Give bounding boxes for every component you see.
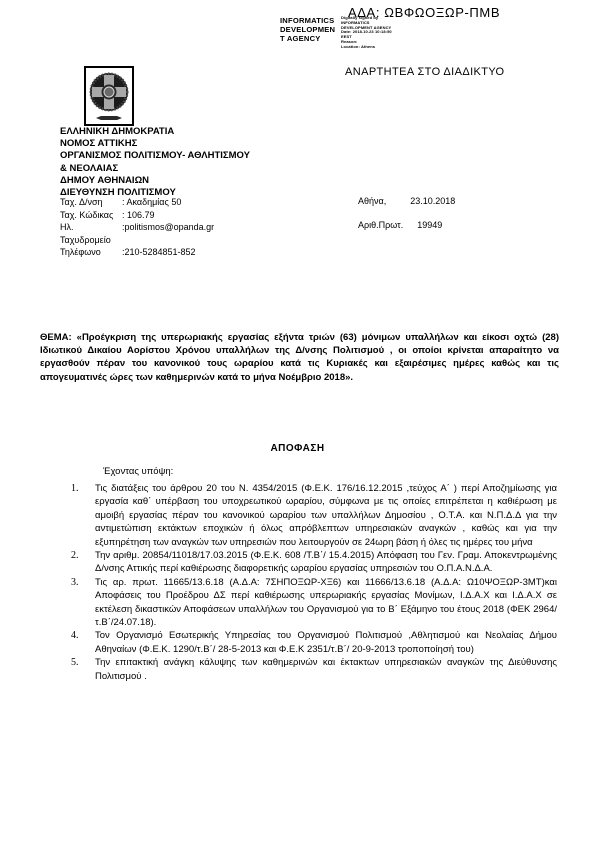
item-text: Την αριθμ. 20854/11018/17.03.2015 (Φ.Ε.Κ…	[95, 549, 557, 576]
item-number: 2.	[71, 549, 95, 562]
contact-info: Ταχ. Δ/νση : Ακαδημίας 50 Ταχ. Κώδικας :…	[60, 196, 214, 259]
decision-title: ΑΠΟΦΑΣΗ	[0, 443, 595, 454]
issuing-authority: ΕΛΛΗΝΙΚΗ ΔΗΜΟΚΡΑΤΙΑ ΝΟΜΟΣ ΑΤΤΙΚΗΣ ΟΡΓΑΝΙ…	[60, 126, 250, 199]
digital-signature-stamp: INFORMATICS DEVELOPMEN T AGENCY Digitall…	[280, 16, 392, 50]
protocol-number-row: Αριθ.Πρωτ. 19949	[358, 220, 442, 230]
org-line: ΟΡΓΑΝΙΣΜΟΣ ΠΟΛΙΤΙΣΜΟΥ- ΑΘΛΗΤΙΣΜΟΥ	[60, 150, 250, 162]
list-item: 2. Την αριθμ. 20854/11018/17.03.2015 (Φ.…	[71, 549, 557, 576]
item-text: Τις διατάξεις του άρθρου 20 του Ν. 4354/…	[95, 482, 557, 549]
contact-row-postcode: Ταχ. Κώδικας : 106.79	[60, 209, 214, 222]
document-page: ΑΔΑ: ΩΒΦΩΟΞΩΡ-ΠΜΒ INFORMATICS DEVELOPMEN…	[0, 0, 595, 842]
list-item: 3. Τις αρ. πρωτ. 11665/13.6.18 (Α.Δ.Α: 7…	[71, 576, 557, 630]
preamble: Έχοντας υπόψη:	[103, 466, 173, 477]
item-number: 3.	[71, 576, 95, 589]
document-date: 23.10.2018	[410, 196, 455, 206]
org-line: ΔΗΜΟΥ ΑΘΗΝΑΙΩΝ	[60, 175, 250, 187]
city-and-date: Αθήνα, 23.10.2018	[358, 196, 455, 206]
protocol-label: Αριθ.Πρωτ.	[358, 220, 403, 230]
subject-paragraph: ΘΕΜΑ: «Προέγκριση της υπερωριακής εργασί…	[40, 331, 559, 384]
item-number: 4.	[71, 629, 95, 642]
list-item: 5. Την επιτακτική ανάγκη κάλυψης των καθ…	[71, 656, 557, 683]
org-line: ΕΛΛΗΝΙΚΗ ΔΗΜΟΚΡΑΤΙΑ	[60, 126, 250, 138]
contact-row-phone: Τηλέφωνο :210-5284851-852	[60, 246, 214, 259]
considerations-list: 1. Τις διατάξεις του άρθρου 20 του Ν. 43…	[71, 482, 557, 683]
municipality-seal-icon	[84, 66, 134, 126]
protocol-number: 19949	[417, 220, 442, 230]
org-line: & ΝΕΟΛΑΙΑΣ	[60, 163, 250, 175]
contact-row-address: Ταχ. Δ/νση : Ακαδημίας 50	[60, 196, 214, 209]
item-text: Την επιτακτική ανάγκη κάλυψης των καθημε…	[95, 656, 557, 683]
signature-agency-name: INFORMATICS DEVELOPMEN T AGENCY	[280, 16, 338, 43]
list-item: 1. Τις διατάξεις του άρθρου 20 του Ν. 43…	[71, 482, 557, 549]
signature-details: Digitally signed by INFORMATICS DEVELOPM…	[341, 16, 392, 50]
org-line: ΝΟΜΟΣ ΑΤΤΙΚΗΣ	[60, 138, 250, 150]
city-label: Αθήνα,	[358, 196, 386, 206]
contact-row-email: Ηλ. Ταχυδρομείο :politismos@opanda.gr	[60, 221, 214, 246]
item-text: Τον Οργανισμό Εσωτερικής Υπηρεσίας του Ο…	[95, 629, 557, 656]
item-number: 5.	[71, 656, 95, 669]
posting-notice: ΑΝΑΡΤΗΤΕΑ ΣΤΟ ΔΙΑΔΙΚΤΥΟ	[345, 66, 504, 78]
list-item: 4. Τον Οργανισμό Εσωτερικής Υπηρεσίας το…	[71, 629, 557, 656]
item-text: Τις αρ. πρωτ. 11665/13.6.18 (Α.Δ.Α: 7ΣΗΠ…	[95, 576, 557, 630]
item-number: 1.	[71, 482, 95, 495]
